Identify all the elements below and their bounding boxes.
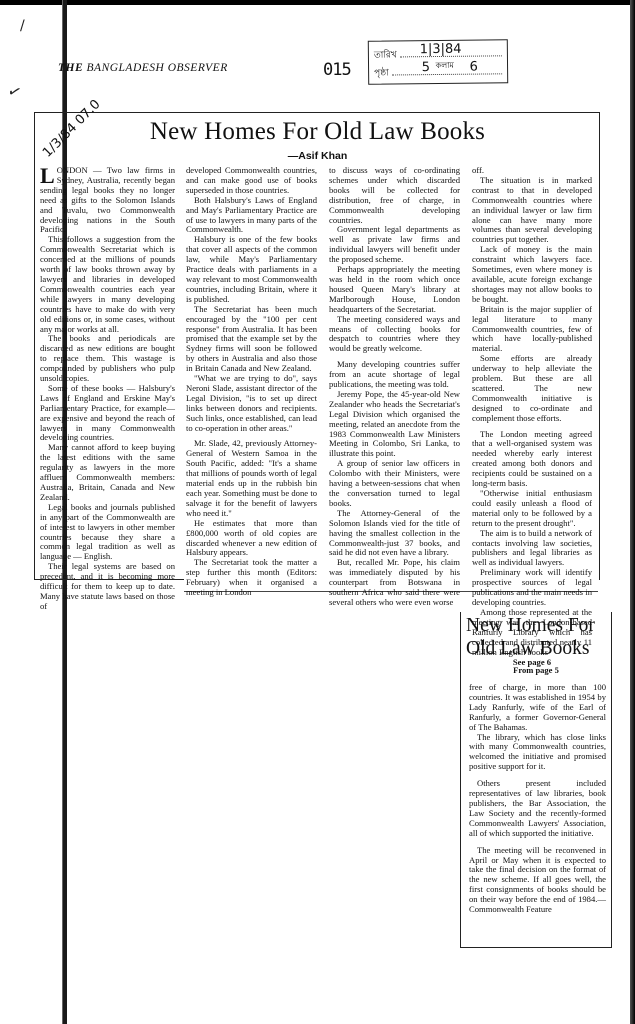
article-column-4: off. The situation is in marked contrast… bbox=[472, 166, 592, 668]
article-column-2: developed Commonwealth countries, and ca… bbox=[186, 166, 317, 598]
paragraph: A group of senior law officers in Colomb… bbox=[329, 459, 460, 509]
paragraph: Lack of money is the main constraint whi… bbox=[472, 245, 592, 304]
stamp-page-label: পৃষ্ঠা bbox=[374, 66, 389, 81]
paragraph: Government legal departments as well as … bbox=[329, 225, 460, 265]
continuation-column: free of charge, in more than 100 countri… bbox=[469, 683, 606, 915]
paragraph: Legal books and journals published in an… bbox=[40, 503, 175, 562]
scan-top-edge bbox=[0, 0, 635, 5]
article-column-1: LONDON — Two law firms in Sydney, Austra… bbox=[40, 166, 175, 612]
paragraph: "What we are trying to do", says Neroni … bbox=[186, 374, 317, 433]
paragraph: The situation is in marked contrast to t… bbox=[472, 176, 592, 245]
paragraph: Many developing countries suffer from an… bbox=[329, 360, 460, 390]
stamp-date-value: 1|3|84 bbox=[420, 42, 462, 57]
paragraph: Preliminary work will identify prospecti… bbox=[472, 568, 592, 608]
paragraph: "Otherwise initial enthusiasm could easi… bbox=[472, 489, 592, 529]
paragraph: The London meeting agreed that a well-or… bbox=[472, 430, 592, 489]
stamp-date-label: তারিখ bbox=[374, 47, 397, 62]
paragraph: The library, which has close links with … bbox=[469, 733, 606, 773]
drop-cap: L bbox=[40, 167, 55, 185]
margin-mark: / bbox=[20, 18, 25, 34]
paragraph: The Secretariat has been much encouraged… bbox=[186, 305, 317, 374]
paragraph: He estimates that more than £800,000 wor… bbox=[186, 519, 317, 559]
masthead-title: BANGLADESH OBSERVER bbox=[83, 62, 228, 74]
paragraph: to discuss ways of co-ordinating schemes… bbox=[329, 166, 460, 225]
stamp-column-label: কলাম bbox=[436, 60, 454, 73]
paragraph: Some of these books — Halsbury's Laws of… bbox=[40, 384, 175, 443]
paragraph: LONDON — Two law firms in Sydney, Austra… bbox=[40, 166, 175, 235]
paragraph: Jeremy Pope, the 45-year-old New Zealand… bbox=[329, 390, 460, 459]
paragraph: Many cannot afford to keep buying the la… bbox=[40, 443, 175, 502]
page-code: 015 bbox=[323, 60, 351, 80]
continuation-from-line: From page 5 bbox=[466, 665, 606, 675]
paragraph: The aim is to build a network of contact… bbox=[472, 529, 592, 569]
paragraph: Some efforts are already underway to hel… bbox=[472, 354, 592, 423]
archive-stamp: তারিখ 1|3|84 পৃষ্ঠা 5 কলাম 6 bbox=[368, 39, 508, 84]
paragraph: Halsbury is one of the few books that co… bbox=[186, 235, 317, 304]
paragraph: Perhaps appropriately the meeting was he… bbox=[329, 265, 460, 315]
paragraph: The books and periodicals are discarded … bbox=[40, 334, 175, 384]
paragraph: Others present included representatives … bbox=[469, 779, 606, 838]
paragraph: The Secretariat took the matter a step f… bbox=[186, 558, 317, 598]
paragraph: free of charge, in more than 100 countri… bbox=[469, 683, 606, 733]
paragraph: The meeting considered ways and means of… bbox=[329, 315, 460, 355]
paragraph: But, recalled Mr. Pope, his claim was im… bbox=[329, 558, 460, 608]
stamp-page-row: পৃষ্ঠা 5 কলাম 6 bbox=[374, 61, 502, 80]
paragraph: developed Commonwealth countries, and ca… bbox=[186, 166, 317, 196]
paragraph: Britain is the major supplier of legal l… bbox=[472, 305, 592, 355]
paragraph: This follows a suggestion from the Commo… bbox=[40, 235, 175, 334]
paragraph: The meeting will be reconvened in April … bbox=[469, 846, 606, 915]
article-headline: New Homes For Old Law Books bbox=[0, 118, 635, 146]
stamp-column-value: 6 bbox=[470, 60, 478, 75]
paragraph: The Attorney-General of the Solomon Isla… bbox=[329, 509, 460, 559]
article-byline: —Asif Khan bbox=[0, 150, 635, 162]
paragraph: Mr. Slade, 42, previously Attorney-Gener… bbox=[186, 439, 317, 518]
check-mark-icon: ✓ bbox=[5, 80, 24, 102]
paragraph: Their legal systems are based on precede… bbox=[40, 562, 175, 612]
paragraph: Both Halsbury's Laws of England and May'… bbox=[186, 196, 317, 236]
article-column-3: to discuss ways of co-ordinating schemes… bbox=[329, 166, 460, 608]
masthead-the: THE bbox=[58, 62, 83, 74]
continuation-headline: New Homes For Old Law Books bbox=[466, 614, 616, 660]
newspaper-masthead: THE BANGLADESH OBSERVER bbox=[58, 62, 228, 74]
stamp-page-value: 5 bbox=[422, 60, 430, 75]
